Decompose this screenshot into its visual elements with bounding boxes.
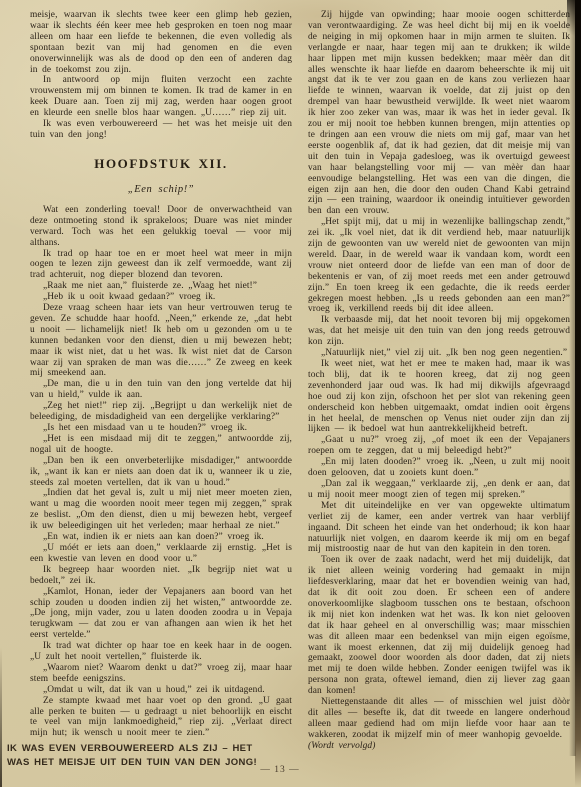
paragraph: „U móét er iets aan doen,” verklaarde zi… (30, 543, 292, 565)
continuation-note: (Wordt vervolgd) (308, 741, 570, 752)
paragraph: meisje, waarvan ik slechts twee keer een… (30, 10, 292, 75)
paragraph: Ik was even verbouwereerd — het was het … (30, 119, 292, 141)
paragraph: Met dit uiteindelijke en ver van opgewek… (308, 501, 570, 556)
paragraph: Ze stampte kwaad met haar voet op den gr… (30, 696, 292, 740)
paragraph: „Dan ben ik een onverbeterlijke misdadig… (30, 456, 292, 489)
paragraph: „Zeg het niet!” riep zij. „Begrijpt u da… (30, 401, 292, 423)
page-right-edge (575, 0, 581, 787)
paragraph: „Indien dat het geval is, zult u mij nie… (30, 488, 292, 532)
paragraph: „Het is een misdaad mij dit te zeggen,” … (30, 434, 292, 456)
chapter-block: HOOFDSTUK XII. „Een schip!” (30, 156, 292, 195)
paragraph: „Het spijt mij, dat u mij in wezenlijke … (308, 217, 570, 315)
paragraph: Ik trad wat dichter op haar toe en keek … (30, 641, 292, 663)
paragraph: „En wat, indien ik er niets aan kan doen… (30, 532, 292, 543)
paragraph: „De man, die u in den tuin van den jong … (30, 379, 292, 401)
paragraph: Ik trad op haar toe en er moet heel wat … (30, 249, 292, 282)
paragraph: Zij hijgde van opwinding; haar mooie oog… (308, 10, 570, 217)
paragraph: Ik begreep haar woorden niet. „Ik begrij… (30, 565, 292, 587)
paragraph: „En mij laten dooden?” vroeg ik. „Neen, … (308, 457, 570, 479)
paragraph: In antwoord op mijn fluiten verzocht een… (30, 75, 292, 119)
page-corner-shadow (567, 0, 581, 50)
paragraph: Niettegenstaande dit alles — of misschie… (308, 697, 570, 741)
paragraph: „Gaat u nu?” vroeg zij, „of moet ik een … (308, 435, 570, 457)
page-number: — 13 — (0, 765, 560, 775)
paragraph: „Natuurlijk niet,” viel zij uit. „Ik ben… (308, 348, 570, 359)
chapter-subtitle: „Een schip!” (30, 184, 292, 195)
right-column: Zij hijgde van opwinding; haar mooie oog… (308, 10, 570, 752)
paragraph: „Dan zal ik weggaan,” verklaarde zij, „e… (308, 479, 570, 501)
paragraph: „Kamlot, Honan, ieder der Vepajaners aan… (30, 587, 292, 642)
paragraph: „Omdat u wilt, dat ik van u houd,” zei i… (30, 685, 292, 696)
paragraph: „Waarom niet? Waarom denkt u dat?” vroeg… (30, 663, 292, 685)
page-left-edge (0, 647, 2, 787)
paragraph: Deze vraag scheen haar iets van heur ver… (30, 303, 292, 379)
paragraph: Toen ik over de zaak nadacht, werd het m… (308, 555, 570, 697)
paragraph: Ik weet niet, wat het er mee te maken ha… (308, 359, 570, 435)
paragraph: „Heb ik u ooit kwaad gedaan?” vroeg ik. (30, 292, 292, 303)
left-column: meisje, waarvan ik slechts twee keer een… (30, 10, 292, 752)
paragraph: „Raak me niet aan,” fluisterde ze. „Waag… (30, 281, 292, 292)
book-page: meisje, waarvan ik slechts twee keer een… (0, 0, 581, 787)
paragraph: „Is het een misdaad van u te houden?” vr… (30, 423, 292, 434)
text-columns: meisje, waarvan ik slechts twee keer een… (30, 10, 570, 752)
paragraph: Ik verbaasde mij, dat het nooit tevoren … (308, 315, 570, 348)
paragraph: Wat een zonderling toeval! Door de onver… (30, 205, 292, 249)
chapter-heading: HOOFDSTUK XII. (30, 156, 292, 172)
